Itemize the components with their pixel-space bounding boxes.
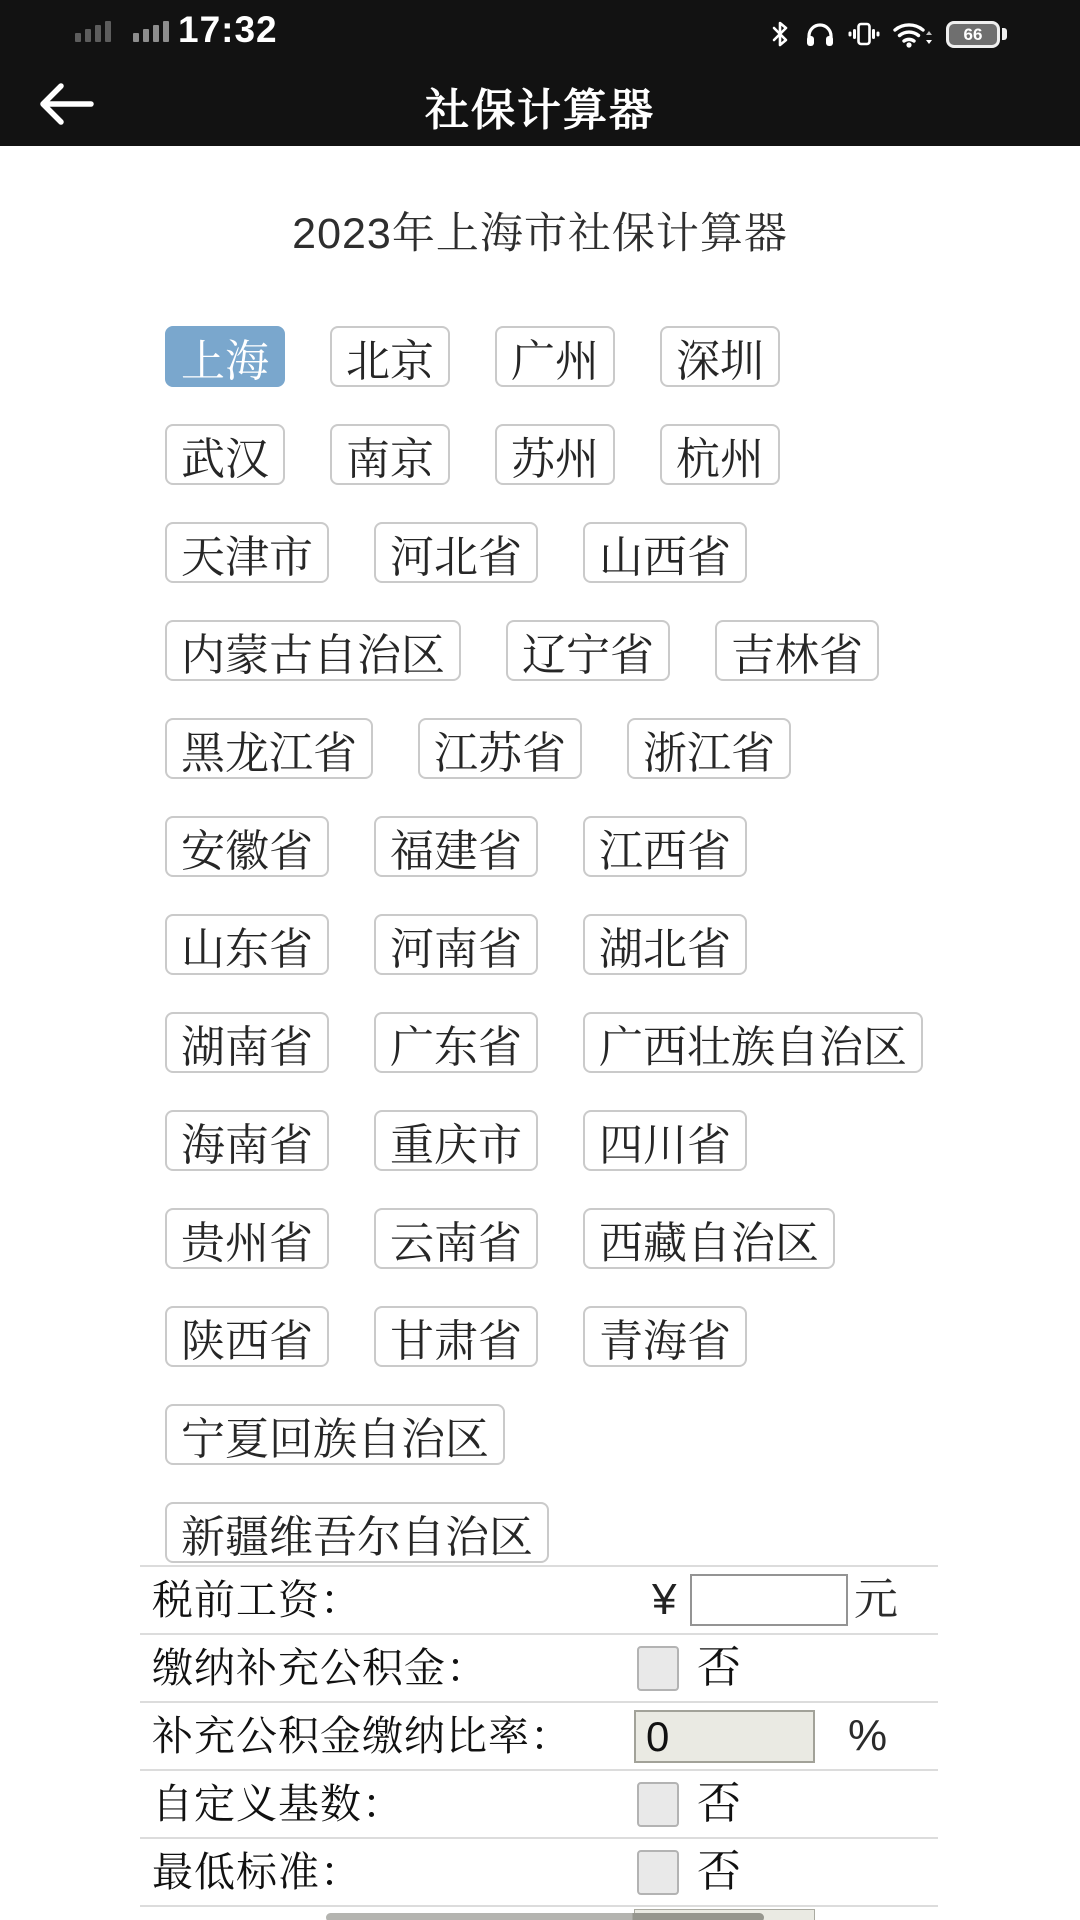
region-button-hebei[interactable]: 河北省 (374, 522, 538, 583)
signal-strength-icon-sim1 (75, 21, 111, 42)
region-row: 内蒙古自治区 辽宁省 吉林省 (165, 620, 1080, 681)
region-row: 上海 北京 广州 深圳 (165, 326, 1080, 387)
region-button-hubei[interactable]: 湖北省 (583, 914, 747, 975)
region-row: 安徽省 福建省 江西省 (165, 816, 1080, 877)
status-bar: 17:32 (0, 0, 1080, 56)
region-button-hainan[interactable]: 海南省 (165, 1110, 329, 1171)
region-button-sichuan[interactable]: 四川省 (583, 1110, 747, 1171)
region-button-shenzhen[interactable]: 深圳 (660, 326, 780, 387)
region-button-liaoning[interactable]: 辽宁省 (506, 620, 670, 681)
region-button-shandong[interactable]: 山东省 (165, 914, 329, 975)
region-button-heilongjiang[interactable]: 黑龙江省 (165, 718, 373, 779)
region-button-shanghai[interactable]: 上海 (165, 326, 285, 387)
custom-base-checkbox[interactable] (637, 1782, 679, 1827)
region-button-zhejiang[interactable]: 浙江省 (627, 718, 791, 779)
pretax-salary-label: 税前工资： (152, 1567, 362, 1633)
region-button-henan[interactable]: 河南省 (374, 914, 538, 975)
region-button-guizhou[interactable]: 贵州省 (165, 1208, 329, 1269)
minimum-standard-label: 最低标准： (152, 1839, 362, 1905)
region-row: 黑龙江省 江苏省 浙江省 (165, 718, 1080, 779)
region-button-fujian[interactable]: 福建省 (374, 816, 538, 877)
minimum-standard-checkbox-label: 否 (697, 1839, 741, 1905)
supplementary-fund-label: 缴纳补充公积金： (152, 1635, 488, 1701)
region-row: 天津市 河北省 山西省 (165, 522, 1080, 583)
fund-rate-input[interactable] (634, 1710, 815, 1763)
region-button-neimenggu[interactable]: 内蒙古自治区 (165, 620, 461, 681)
page-title: 社保计算器 (0, 74, 1080, 138)
top-black-block: 17:32 (0, 0, 1080, 146)
region-button-wuhan[interactable]: 武汉 (165, 424, 285, 485)
region-button-ningxia[interactable]: 宁夏回族自治区 (165, 1404, 505, 1465)
calculator-form: 税前工资： ¥ 元 缴纳补充公积金： 否 补充公积金缴纳比率： % 自定义基数：… (140, 1565, 938, 1920)
region-button-xizang[interactable]: 西藏自治区 (583, 1208, 835, 1269)
region-button-jiangxi[interactable]: 江西省 (583, 816, 747, 877)
region-button-xinjiang[interactable]: 新疆维吾尔自治区 (165, 1502, 549, 1563)
region-row: 武汉 南京 苏州 杭州 (165, 424, 1080, 485)
region-row: 陕西省 甘肃省 青海省 (165, 1306, 1080, 1367)
phone-screen: 17:32 (0, 0, 1080, 1920)
currency-symbol: ¥ (652, 1567, 676, 1633)
bluetooth-icon (768, 20, 792, 48)
region-row: 宁夏回族自治区 (165, 1404, 1080, 1465)
region-row: 湖南省 广东省 广西壮族自治区 (165, 1012, 1080, 1073)
battery-percent: 66 (964, 26, 983, 43)
region-grid: 上海 北京 广州 深圳 武汉 南京 苏州 杭州 天津市 河北省 山西省 内蒙古自… (165, 326, 1080, 1563)
region-button-nanjing[interactable]: 南京 (330, 424, 450, 485)
region-button-shanxi[interactable]: 山西省 (583, 522, 747, 583)
form-bottom-clipped-row (140, 1905, 938, 1920)
vibrate-icon (848, 20, 880, 48)
percent-unit-label: % (848, 1703, 887, 1769)
region-row: 山东省 河南省 湖北省 (165, 914, 1080, 975)
status-icons: 66 (768, 20, 1007, 48)
region-button-beijing[interactable]: 北京 (330, 326, 450, 387)
form-row-custom-base: 自定义基数： 否 (140, 1769, 938, 1837)
region-button-jiangsu[interactable]: 江苏省 (418, 718, 582, 779)
form-row-supplementary-fund: 缴纳补充公积金： 否 (140, 1633, 938, 1701)
app-bar: 社保计算器 (0, 56, 1080, 146)
custom-base-checkbox-label: 否 (697, 1771, 741, 1837)
region-button-hunan[interactable]: 湖南省 (165, 1012, 329, 1073)
wifi-icon (893, 20, 933, 48)
pretax-salary-input[interactable] (690, 1574, 848, 1626)
region-row: 贵州省 云南省 西藏自治区 (165, 1208, 1080, 1269)
region-row: 新疆维吾尔自治区 (165, 1502, 1080, 1563)
fund-rate-label: 补充公积金缴纳比率： (152, 1703, 572, 1769)
region-button-tianjin[interactable]: 天津市 (165, 522, 329, 583)
custom-base-label: 自定义基数： (152, 1771, 404, 1837)
signal-strength-icon-sim2 (133, 21, 169, 42)
region-button-jilin[interactable]: 吉林省 (715, 620, 879, 681)
region-button-guangxi[interactable]: 广西壮族自治区 (583, 1012, 923, 1073)
region-button-guangdong[interactable]: 广东省 (374, 1012, 538, 1073)
yuan-unit-label: 元 (854, 1567, 898, 1633)
horizontal-scrollbar-thumb[interactable] (326, 1913, 764, 1920)
minimum-standard-checkbox[interactable] (637, 1850, 679, 1895)
form-row-fund-rate: 补充公积金缴纳比率： % (140, 1701, 938, 1769)
supplementary-fund-checkbox-label: 否 (697, 1635, 741, 1701)
supplementary-fund-checkbox[interactable] (637, 1646, 679, 1691)
region-button-suzhou[interactable]: 苏州 (495, 424, 615, 485)
region-button-hangzhou[interactable]: 杭州 (660, 424, 780, 485)
status-clock: 17:32 (178, 9, 278, 51)
region-row: 海南省 重庆市 四川省 (165, 1110, 1080, 1171)
region-button-shaanxi[interactable]: 陕西省 (165, 1306, 329, 1367)
battery-icon: 66 (946, 21, 1007, 48)
region-button-anhui[interactable]: 安徽省 (165, 816, 329, 877)
region-button-gansu[interactable]: 甘肃省 (374, 1306, 538, 1367)
headphones-icon (805, 20, 835, 48)
form-row-minimum-standard: 最低标准： 否 (140, 1837, 938, 1905)
region-button-yunnan[interactable]: 云南省 (374, 1208, 538, 1269)
region-button-qinghai[interactable]: 青海省 (583, 1306, 747, 1367)
region-button-guangzhou[interactable]: 广州 (495, 326, 615, 387)
calculator-title: 2023年上海市社保计算器 (0, 200, 1080, 261)
region-button-chongqing[interactable]: 重庆市 (374, 1110, 538, 1171)
form-row-pretax-salary: 税前工资： ¥ 元 (140, 1565, 938, 1633)
